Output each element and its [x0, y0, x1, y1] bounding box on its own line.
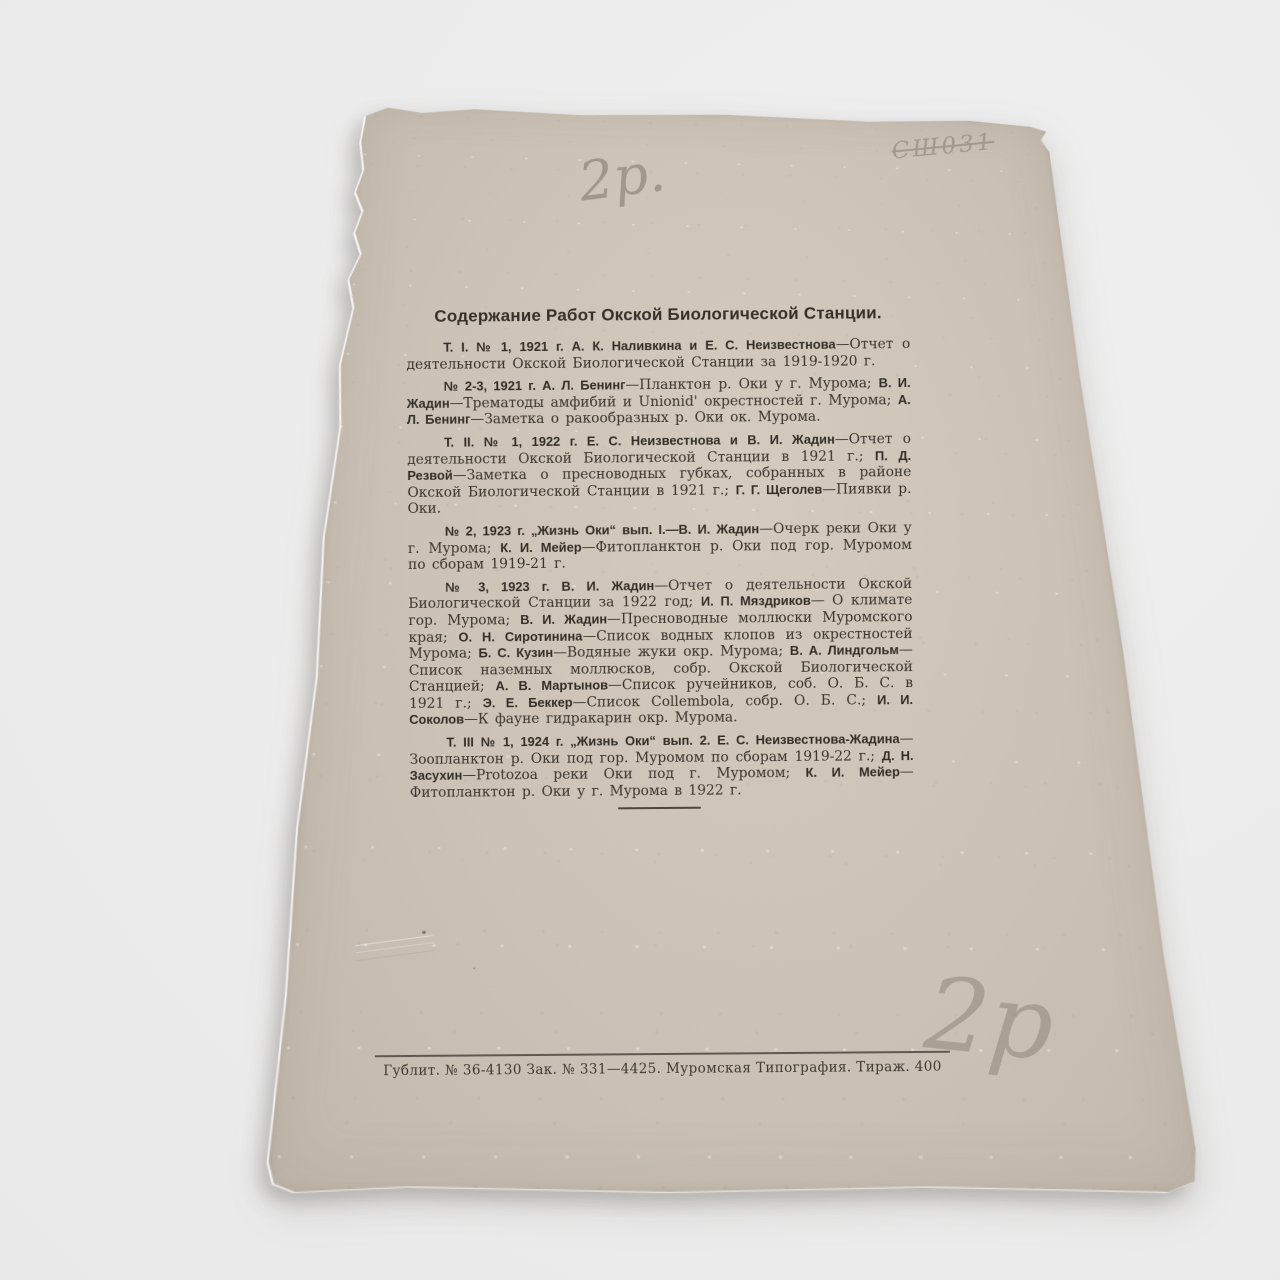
toc-entry: Т. I. № 1, 1921 г. А. К. Наливкина и Е. … [406, 336, 910, 373]
toc-entry: № 2, 1923 г. „Жизнь Оки“ вып. I.—В. И. Ж… [408, 520, 912, 574]
pencil-price-mark-top: 2р. [576, 145, 668, 210]
paper-speck [473, 967, 475, 969]
toc-entry: Т. III № 1, 1924 г. „Жизнь Оки“ вып. 2. … [409, 731, 914, 801]
printed-page-content: 2р. СШ031 Содержание Работ Окской Биолог… [0, 0, 1280, 1280]
page-title: Содержание Работ Окской Биологической Ст… [388, 303, 928, 327]
pencil-price-mark-bottom: 2р [921, 963, 1058, 1075]
table-of-contents: Т. I. № 1, 1921 г. А. К. Наливкина и Е. … [406, 336, 914, 815]
paper-scuff-marks [355, 935, 432, 946]
imprint-rule [375, 1051, 950, 1057]
toc-entry: № 3, 1923 г. В. И. Жадин—Отчет о деятель… [408, 576, 913, 729]
photo-canvas: { "page": { "title": "Содержание Работ О… [0, 0, 1280, 1280]
toc-entry: Т. II. № 1, 1922 г. Е. С. Неизвестнова и… [407, 431, 912, 518]
paper-speck [422, 931, 426, 934]
pencil-crossed-number: СШ031 [891, 131, 995, 164]
toc-entry: № 2-3, 1921 г. А. Л. Бенинг—Планктон р. … [407, 375, 911, 429]
printer-imprint: Гублит. № 36-4130 Зак. № 331—4425. Муром… [375, 1059, 950, 1081]
